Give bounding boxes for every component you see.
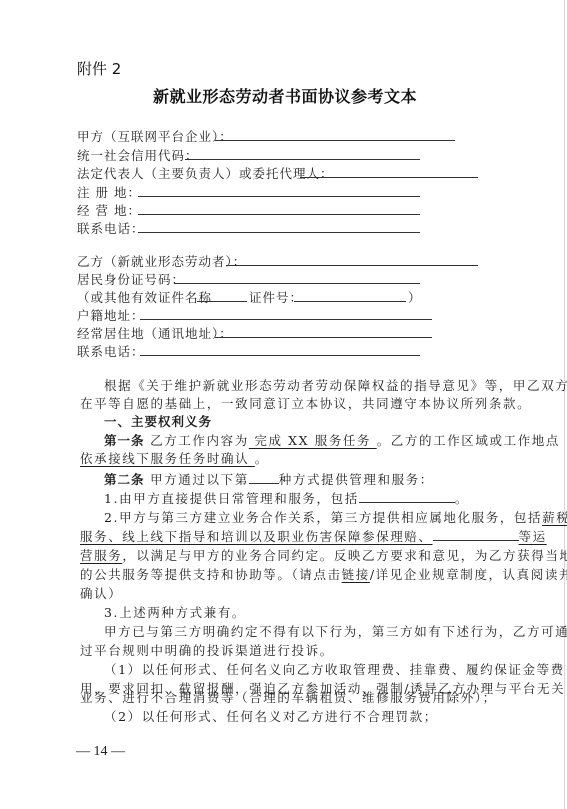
party-b-phone-label: 联系电话： — [77, 342, 145, 360]
registered-address-label: 注 册 地： — [77, 183, 141, 201]
item-1-blank[interactable] — [359, 492, 455, 503]
document-title: 新就业形态劳动者书面协议参考文本 — [153, 84, 417, 107]
article-2-text: 甲方通过以下第 — [145, 472, 249, 487]
legal-rep-field[interactable] — [300, 177, 478, 178]
item-2-text-4: 的公共服务等提供支持和协助等。（请点击 — [80, 567, 342, 582]
other-id-number-label: 证件号： — [249, 288, 303, 306]
residence-address-field[interactable] — [215, 337, 432, 338]
item-1-end: 。 — [455, 491, 469, 506]
article-2-label: 第二条 — [104, 472, 145, 487]
article-2-item-3: 3.上述两种方式兼有。 — [104, 603, 246, 621]
party-b-name-field[interactable] — [226, 265, 478, 266]
prohibited-item-2: （2）以任何形式、任何名义对乙方进行不合理罚款； — [104, 707, 438, 725]
article-2-item-2-line-3: 营服务，以满足与甲方的业务合同约定。反映乙方要求和意见，为乙方获得当地 — [80, 546, 567, 564]
section-heading-rights-obligations: 一、主要权利义务 — [104, 412, 212, 430]
residence-address-label: 经常居住地（通讯地址）： — [77, 324, 233, 342]
business-address-label: 经 营 地： — [77, 201, 141, 219]
item-2-services-underlined: 服务、线上线下指导和培训以及职业伤害保障参保理赔、 — [80, 529, 433, 544]
third-party-line-2: 过平台规则中明确的投诉渠道进行投诉。 — [80, 641, 334, 659]
item-2-services-blank[interactable] — [433, 530, 519, 541]
article-1-label: 第一条 — [104, 433, 145, 448]
other-id-close-paren: ） — [408, 288, 422, 306]
article-2-item-2-line-4: 的公共服务等提供支持和协助等。（请点击链接/详见企业规章制度，认真阅读并 — [80, 565, 567, 583]
article-1-line-1: 第一条 乙方工作内容为 完成 XX 服务任务 。乙方的工作区域或工作地点 — [104, 431, 560, 449]
business-address-field[interactable] — [138, 214, 420, 215]
party-b-name-label: 乙方（新就业形态劳动者）： — [77, 252, 246, 270]
article-1-text-b: 。乙方的工作区域或工作地点 — [377, 433, 560, 448]
article-2-item-2-line-1: 2.甲方与第三方建立业务合作关系，第三方提供相应属地化服务，包括薪税 — [104, 508, 567, 526]
credit-code-field[interactable] — [185, 159, 420, 160]
household-address-field[interactable] — [140, 319, 432, 320]
article-2-text-b: 种方式提供管理和服务： — [279, 472, 434, 487]
article-2-item-2-line-2: 服务、线上线下指导和培训以及职业伤害保障参保理赔、等运 — [80, 527, 547, 545]
item-2-text-4b: /详见企业规章制度，认真阅读并 — [370, 567, 567, 582]
item-1-text: 1.由甲方直接提供日常管理和服务，包括 — [104, 491, 359, 506]
article-2-item-2-line-5: 确认） — [80, 584, 122, 602]
legal-rep-label: 法定代表人（主要负责人）或委托代理人： — [77, 164, 334, 182]
party-b-phone-field[interactable] — [140, 355, 420, 356]
party-a-phone-field[interactable] — [138, 232, 420, 233]
party-a-name-field[interactable] — [215, 140, 455, 141]
other-id-type-field[interactable] — [197, 301, 247, 302]
annex-label: 附件 2 — [77, 58, 121, 79]
item-2-underlined-end: 等运 — [519, 529, 547, 544]
prohibited-item-1-line-3: 业务、进行不合理消费等（合理的车辆租赁、维修服务费用除外）； — [80, 688, 497, 706]
item-2-text: 2.甲方与第三方建立业务合作关系，第三方提供相应属地化服务，包括 — [104, 510, 542, 525]
article-2-line: 第二条 甲方通过以下第种方式提供管理和服务： — [104, 470, 434, 488]
credit-code-label: 统一社会信用代码： — [77, 146, 199, 164]
household-address-label: 户籍地址： — [77, 306, 145, 324]
article-2-item-1: 1.由甲方直接提供日常管理和服务，包括。 — [104, 489, 469, 507]
intro-line-2: 在平等自愿的基础上，一致同意订立本协议，共同遵守本协议所列条款。 — [80, 394, 531, 412]
page-number: — 14 — — [76, 744, 125, 760]
item-2-ops-underlined: 营服务 — [80, 548, 122, 563]
article-1-line-2: 依承接线下服务任务时确认 。 — [80, 449, 269, 467]
third-party-line-1: 甲方已与第三方明确约定不得有以下行为，第三方如有下述行为，乙方可通 — [104, 622, 567, 640]
party-a-name-label: 甲方（互联网平台企业）： — [77, 127, 233, 145]
rules-link[interactable]: 链接 — [342, 567, 370, 582]
prohibited-item-1-line-1: （1）以任何形式、任何名义向乙方收取管理费、挂靠费、履约保证金等费 — [104, 660, 565, 678]
article-1-end: 。 — [255, 451, 269, 466]
party-a-phone-label: 联系电话： — [77, 219, 145, 237]
article-1-text: 乙方工作内容为 — [145, 433, 249, 448]
item-2-text-3: ，以满足与甲方的业务合同约定。反映乙方要求和意见，为乙方获得当地 — [122, 548, 567, 563]
id-number-label: 居民身份证号码： — [77, 270, 185, 288]
intro-line-1: 根据《关于维护新就业形态劳动者劳动保障权益的指导意见》等，甲乙双方 — [104, 376, 567, 394]
registered-address-field[interactable] — [138, 196, 420, 197]
item-2-underlined: 薪税 — [542, 510, 567, 525]
other-id-type-label: （或其他有效证件名称 — [77, 288, 212, 306]
other-id-number-field[interactable] — [294, 301, 406, 302]
method-number-blank[interactable] — [249, 473, 279, 484]
work-location-value[interactable]: 依承接线下服务任务时确认 — [80, 451, 255, 466]
work-content-value[interactable]: 完成 XX 服务任务 — [249, 433, 377, 448]
id-number-field[interactable] — [174, 283, 420, 284]
